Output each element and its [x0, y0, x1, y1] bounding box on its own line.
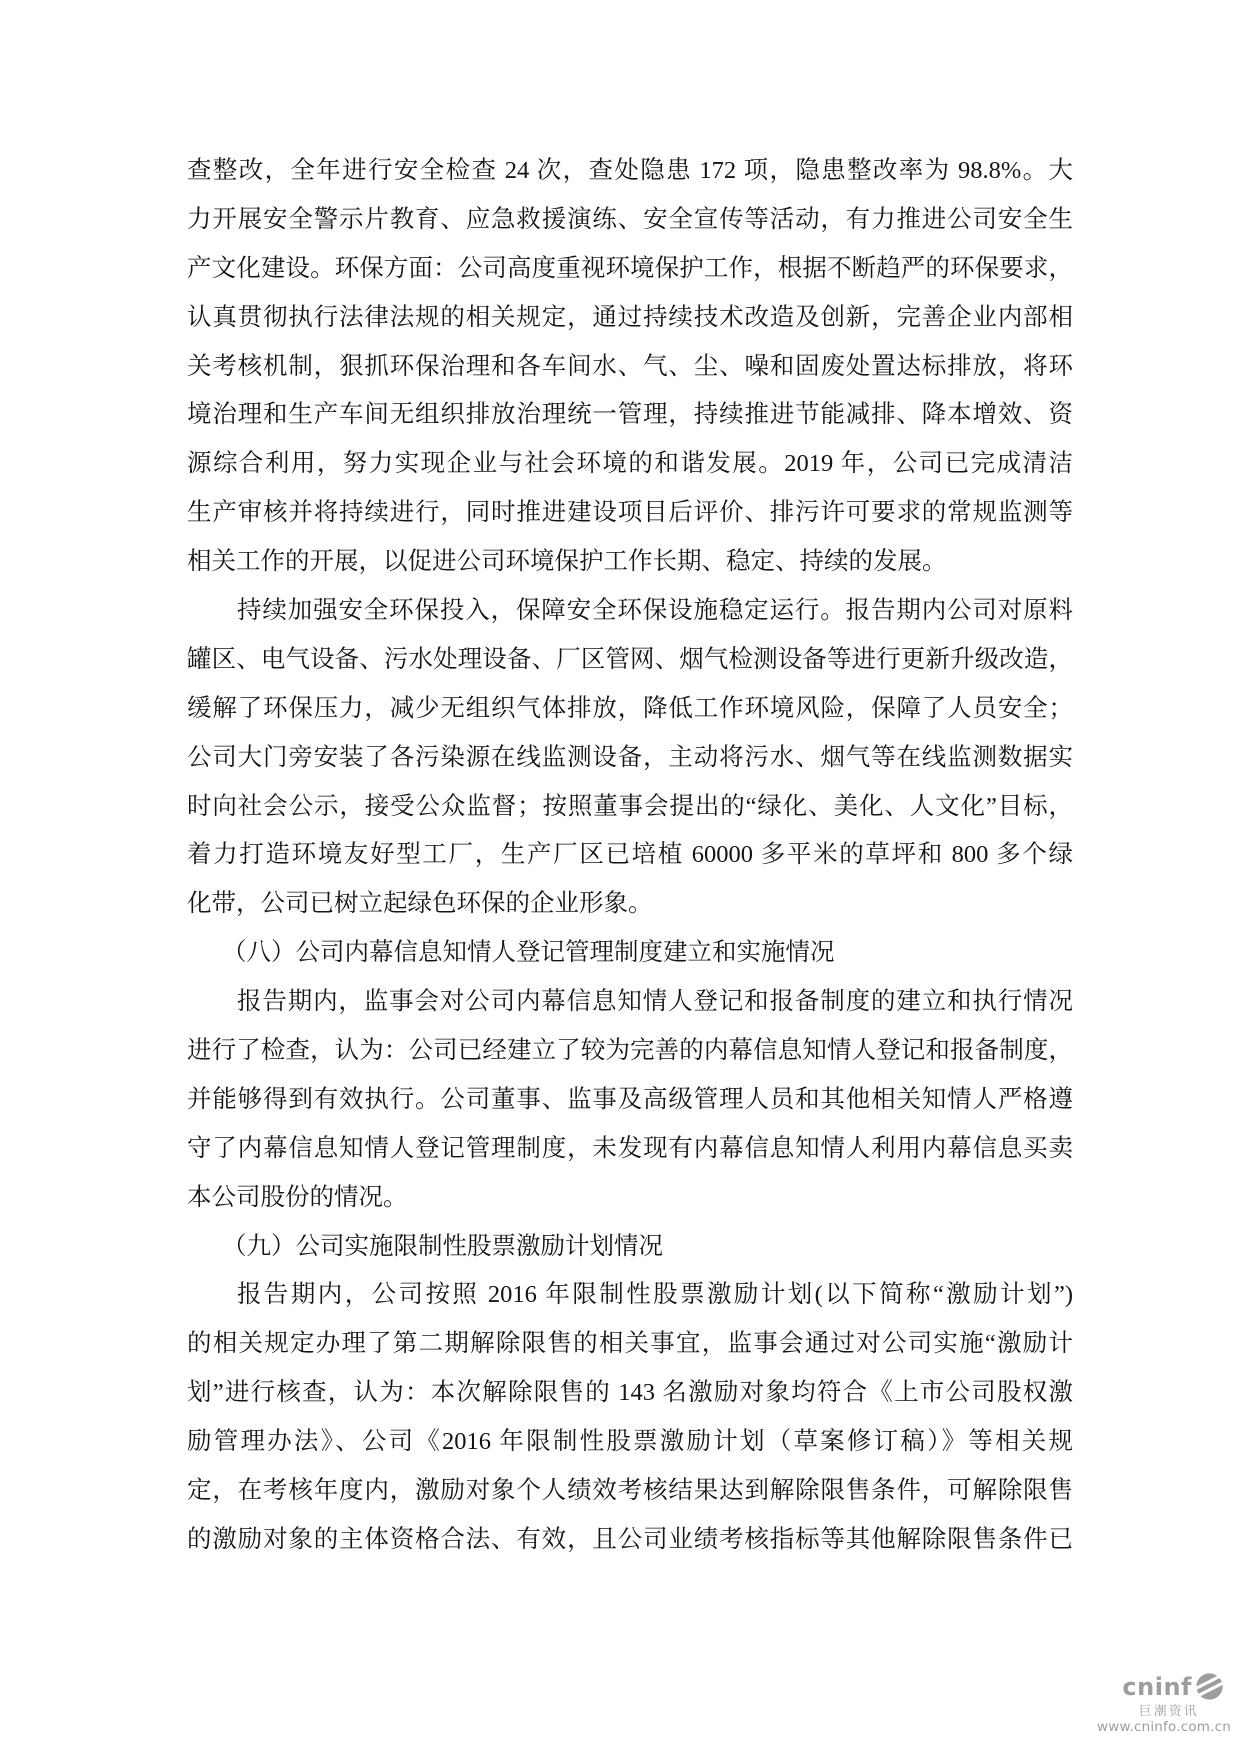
section-heading-9: （九）公司实施限制性股票激励计划情况 [187, 1223, 1073, 1272]
text-line: 进行了检查，认为：公司已经建立了较为完善的内幕信息知情人登记和报备制度， [187, 1027, 1073, 1076]
cninfo-logo-text: cninf [1122, 1675, 1192, 1699]
text-line: 产文化建设。环保方面：公司高度重视环境保护工作，根据不断趋严的环保要求， [187, 245, 1073, 294]
text-line: 力开展安全警示片教育、应急救援演练、安全宣传等活动，有力推进公司安全生 [187, 196, 1073, 245]
text-line: 源综合利用，努力实现企业与社会环境的和谐发展。2019 年，公司已完成清洁 [187, 440, 1073, 489]
document-page: 查整改，全年进行安全检查 24 次，查处隐患 172 项，隐患整改率为 98.8… [0, 0, 1241, 1754]
text-line: 查整改，全年进行安全检查 24 次，查处隐患 172 项，隐患整改率为 98.8… [187, 147, 1073, 196]
cninfo-watermark: cninf 巨潮资讯 www.cninfo.com.cn [1091, 1672, 1231, 1734]
text-line: 生产审核并将持续进行，同时推进建设项目后评价、排污许可要求的常规监测等 [187, 489, 1073, 538]
text-line: 关考核机制，狠抓环保治理和各车间水、气、尘、噪和固废处置达标排放，将环 [187, 343, 1073, 392]
cninfo-logo-row: cninf [1091, 1672, 1224, 1701]
text-line: 守了内幕信息知情人登记管理制度，未发现有内幕信息知情人利用内幕信息买卖 [187, 1125, 1073, 1174]
text-line: 着力打造环境友好型工厂，生产厂区已培植 60000 多平米的草坪和 800 多个… [187, 831, 1073, 880]
text-line-paragraph-end: 相关工作的开展，以促进公司环境保护工作长期、稳定、持续的发展。 [187, 538, 1073, 587]
section-heading-8: （八）公司内幕信息知情人登记管理制度建立和实施情况 [187, 929, 1073, 978]
text-line-paragraph-end: 本公司股份的情况。 [187, 1174, 1073, 1223]
text-line: 罐区、电气设备、污水处理设备、厂区管网、烟气检测设备等进行更新升级改造， [187, 636, 1073, 685]
swirl-globe-icon [1195, 1672, 1224, 1701]
text-line: 的相关规定办理了第二期解除限售的相关事宜，监事会通过对公司实施“激励计 [187, 1320, 1073, 1369]
text-line: 缓解了环保压力，减少无组织气体排放，降低工作环境风险，保障了人员安全； [187, 685, 1073, 734]
text-line: 励管理办法》、公司《2016 年限制性股票激励计划（草案修订稿）》等相关规 [187, 1418, 1073, 1467]
text-line: 境治理和生产车间无组织排放治理统一管理，持续推进节能减排、降本增效、资 [187, 391, 1073, 440]
cninfo-chinese-name: 巨潮资讯 [1091, 1705, 1199, 1718]
text-line-paragraph-end: 化带，公司已树立起绿色环保的企业形象。 [187, 880, 1073, 929]
text-line: 时向社会公示，接受公众监督；按照董事会提出的“绿化、美化、人文化”目标， [187, 783, 1073, 832]
text-line-paragraph-start: 持续加强安全环保投入，保障安全环保设施稳定运行。报告期内公司对原料 [187, 587, 1073, 636]
text-line-paragraph-start: 报告期内，监事会对公司内幕信息知情人登记和报备制度的建立和执行情况 [187, 978, 1073, 1027]
document-body-text: 查整改，全年进行安全检查 24 次，查处隐患 172 项，隐患整改率为 98.8… [187, 147, 1073, 1565]
text-line-paragraph-start: 报告期内，公司按照 2016 年限制性股票激励计划(以下简称“激励计划”) [187, 1271, 1073, 1320]
text-line: 定，在考核年度内，激励对象个人绩效考核结果达到解除限售条件，可解除限售 [187, 1467, 1073, 1516]
text-line: 划”进行核查，认为：本次解除限售的 143 名激励对象均符合《上市公司股权激 [187, 1369, 1073, 1418]
text-line: 公司大门旁安装了各污染源在线监测设备，主动将污水、烟气等在线监测数据实 [187, 734, 1073, 783]
text-line: 并能够得到有效执行。公司董事、监事及高级管理人员和其他相关知情人严格遵 [187, 1076, 1073, 1125]
text-line: 的激励对象的主体资格合法、有效，且公司业绩考核指标等其他解除限售条件已 [187, 1516, 1073, 1565]
cninfo-url: www.cninfo.com.cn [1091, 1721, 1231, 1735]
text-line: 认真贯彻执行法律法规的相关规定，通过持续技术改造及创新，完善企业内部相 [187, 294, 1073, 343]
